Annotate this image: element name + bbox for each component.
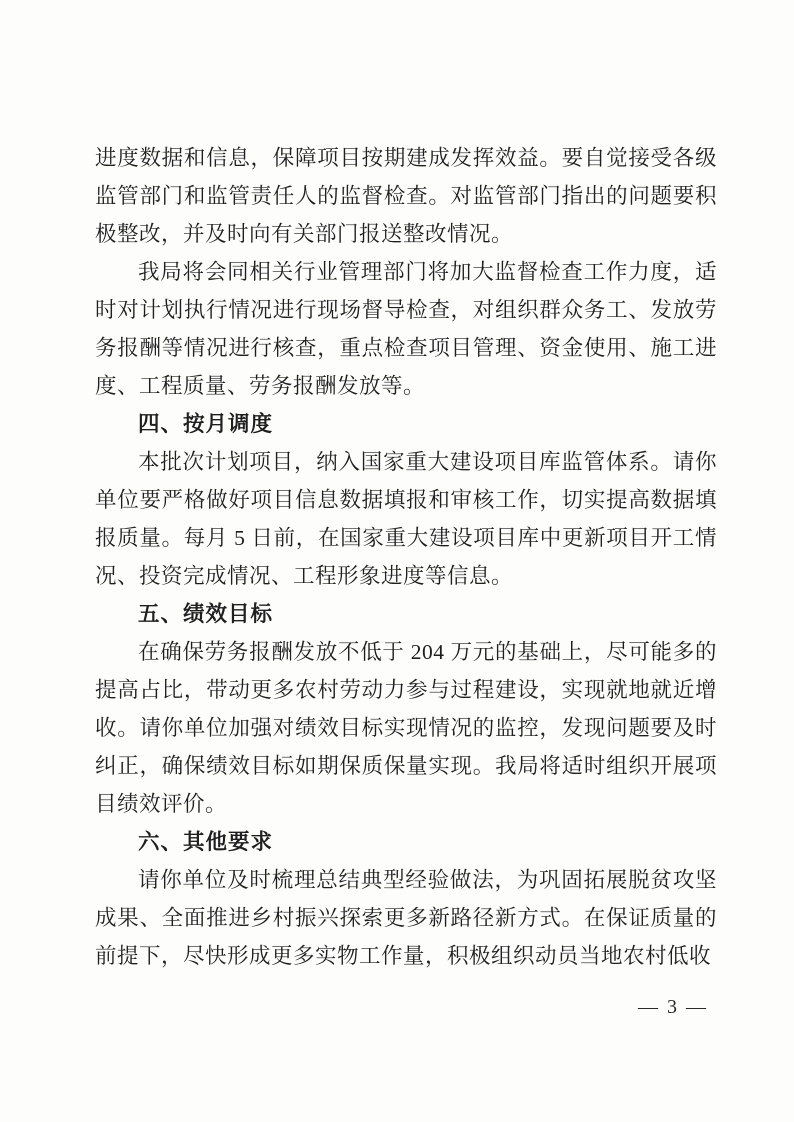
section-heading-performance-goal: 五、绩效目标 <box>95 595 717 633</box>
document-page: 进度数据和信息，保障项目按期建成发挥效益。要自觉接受各级监管部门和监管责任人的监… <box>0 0 794 1122</box>
document-body: 进度数据和信息，保障项目按期建成发挥效益。要自觉接受各级监管部门和监管责任人的监… <box>95 139 717 975</box>
paragraph-continuation-supervision: 进度数据和信息，保障项目按期建成发挥效益。要自觉接受各级监管部门和监管责任人的监… <box>95 139 717 253</box>
section-heading-monthly-dispatch: 四、按月调度 <box>95 405 717 443</box>
section-heading-other-requirements: 六、其他要求 <box>95 823 717 861</box>
paragraph-monthly-dispatch: 本批次计划项目，纳入国家重大建设项目库监管体系。请你单位要严格做好项目信息数据填… <box>95 443 717 595</box>
paragraph-inspection: 我局将会同相关行业管理部门将加大监督检查工作力度，适时对计划执行情况进行现场督导… <box>95 253 717 405</box>
paragraph-performance-goal: 在确保劳务报酬发放不低于 204 万元的基础上，尽可能多的提高占比，带动更多农村… <box>95 633 717 823</box>
page-number: — 3 — <box>638 994 708 1020</box>
paragraph-other-requirements: 请你单位及时梳理总结典型经验做法，为巩固拓展脱贫攻坚成果、全面推进乡村振兴探索更… <box>95 861 717 975</box>
